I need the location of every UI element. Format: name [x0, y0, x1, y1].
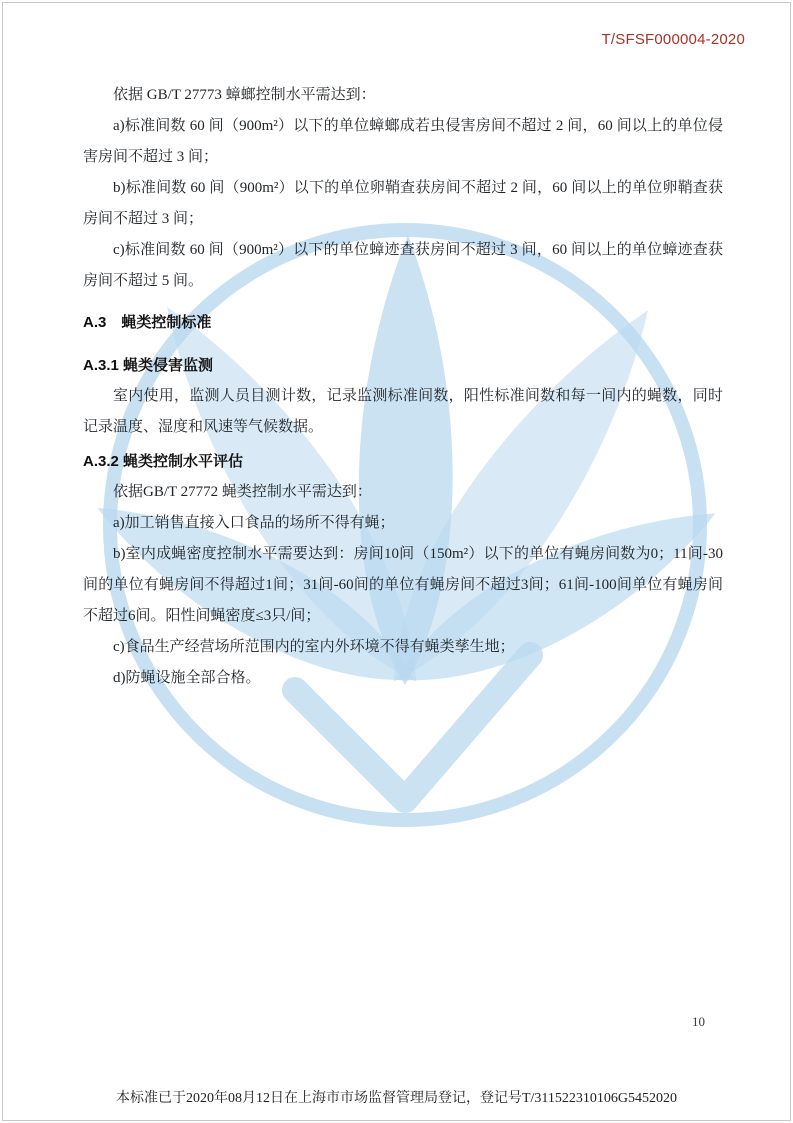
paragraph: b)标准间数 60 间（900m²）以下的单位卵鞘查获房间不超过 2 间，60 … [83, 173, 723, 235]
paragraph: 依据 GB/T 27773 蟑螂控制水平需达到： [83, 80, 723, 111]
paragraph: b)室内成蝇密度控制水平需要达到：房间10间（150m²）以下的单位有蝇房间数为… [83, 539, 723, 632]
section-heading-a31: A.3.1 蝇类侵害监测 [83, 350, 723, 381]
paragraph: 依据GB/T 27772 蝇类控制水平需达到： [83, 477, 723, 508]
section-heading-a32: A.3.2 蝇类控制水平评估 [83, 446, 723, 477]
paragraph: a)标准间数 60 间（900m²）以下的单位蟑螂成若虫侵害房间不超过 2 间，… [83, 111, 723, 173]
document-page: { "page": { "header_right": "T/SFSF00000… [0, 0, 793, 1123]
paragraph: c)标准间数 60 间（900m²）以下的单位蟑迹查获房间不超过 3 间，60 … [83, 235, 723, 297]
standard-number: T/SFSF000004-2020 [602, 31, 745, 48]
paragraph: d)防蝇设施全部合格。 [83, 663, 723, 694]
section-heading-a3: A.3 蝇类控制标准 [83, 307, 723, 338]
page-number: 10 [692, 1014, 705, 1030]
paragraph: c)食品生产经营场所范围内的室内外环境不得有蝇类孳生地； [83, 632, 723, 663]
document-body: 依据 GB/T 27773 蟑螂控制水平需达到： a)标准间数 60 间（900… [83, 80, 723, 694]
paragraph: a)加工销售直接入口食品的场所不得有蝇； [83, 508, 723, 539]
registration-footer: 本标准已于2020年08月12日在上海市市场监督管理局登记，登记号T/31152… [0, 1087, 793, 1107]
paragraph: 室内使用，监测人员目测计数，记录监测标准间数，阳性标准间数和每一间内的蝇数，同时… [83, 381, 723, 443]
